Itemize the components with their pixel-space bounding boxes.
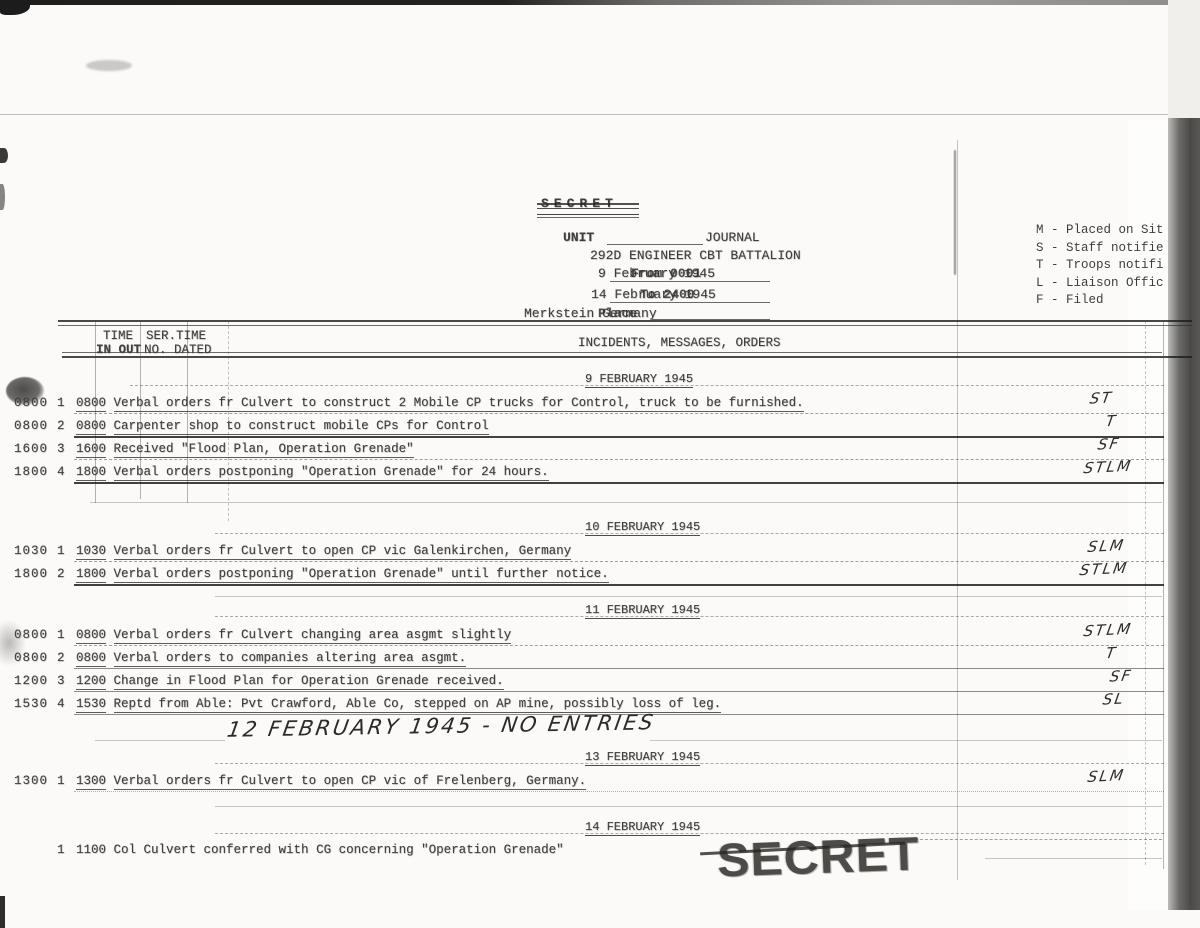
date-text: 11 FEBRUARY 1945	[585, 603, 700, 619]
journal-entry: 1030 1 1030 Verbal orders fr Culvert to …	[0, 544, 1200, 564]
entry-time: 0800	[76, 651, 106, 667]
underline	[537, 217, 639, 218]
entry-serial: 1	[57, 628, 65, 642]
table-rule-header2	[62, 356, 1192, 358]
entry-action-code: STLM	[1082, 457, 1133, 477]
entry-action-code: SLM	[1086, 536, 1126, 556]
entry-serial: 3	[57, 442, 65, 456]
entry-action-code: T	[1105, 644, 1119, 663]
col-no-dated: NO. DATED	[144, 343, 212, 357]
journal-entry: 0800 1 0800 Verbal orders fr Culvert cha…	[0, 628, 1200, 648]
journal-entry: 1800 2 1800 Verbal orders postponing "Op…	[0, 567, 1200, 587]
journal-entry: 1800 4 1800 Verbal orders postponing "Op…	[0, 465, 1200, 485]
rule-line	[74, 561, 1164, 562]
entry-time-in: 0800	[14, 396, 48, 410]
entry-time-in: 0800	[14, 651, 48, 665]
scan-margin-right-top	[1168, 0, 1200, 118]
date-header: 9 FEBRUARY 1945	[0, 372, 1200, 392]
journal-entry: 0800 1 0800 Verbal orders fr Culvert to …	[0, 396, 1200, 416]
legend-item: T - Troops notifi	[1036, 257, 1164, 275]
entry-time: 1100	[76, 843, 106, 857]
journal-entry: 1300 1 1300 Verbal orders fr Culvert to …	[0, 774, 1200, 794]
entry-time-in: 0800	[14, 628, 48, 642]
entry-text: Received "Flood Plan, Operation Grenade"	[114, 442, 414, 458]
unit-label: UNIT	[563, 230, 594, 245]
battalion-name: 292D ENGINEER CBT BATTALION	[590, 248, 801, 263]
entry-time: 0800	[76, 628, 106, 644]
entry-text: Verbal orders postponing "Operation Gren…	[114, 567, 609, 583]
entry-serial: 4	[57, 697, 65, 711]
legend-item: F - Filed	[1036, 292, 1164, 310]
entry-serial: 2	[57, 567, 65, 581]
entry-time-in: 1800	[14, 567, 48, 581]
entry-time-in: 1030	[14, 544, 48, 558]
rule-line	[74, 791, 1164, 792]
entry-serial: 2	[57, 419, 65, 433]
entry-time: 1800	[76, 465, 106, 481]
rule-line	[900, 839, 1162, 840]
rule-line	[74, 584, 1164, 586]
entry-action-code: T	[1105, 412, 1119, 431]
blank-rule	[215, 806, 1162, 807]
rule-line	[74, 459, 1164, 460]
date-header: 10 FEBRUARY 1945	[0, 520, 1200, 540]
rule-line	[74, 436, 1164, 438]
rule-line	[74, 413, 1164, 414]
entry-text: Carpenter shop to construct mobile CPs f…	[114, 419, 489, 435]
legend-item: S - Staff notifie	[1036, 240, 1164, 258]
entry-serial: 1	[57, 396, 65, 410]
journal-entry: 1 1100 Col Culvert conferred with CG con…	[0, 843, 1200, 863]
rule-line	[650, 740, 1162, 741]
blank-rule	[215, 596, 1162, 597]
date-header: 11 FEBRUARY 1945	[0, 603, 1200, 623]
left-edge-tear	[0, 184, 5, 210]
journal-entry: 0800 2 0800 Verbal orders to companies a…	[0, 651, 1200, 671]
rule-line	[74, 482, 1164, 484]
entry-text: Verbal orders to companies altering area…	[114, 651, 467, 667]
col-ser-time: SER.TIME	[146, 329, 206, 343]
entry-time-in: 1300	[14, 774, 48, 788]
legend-item: L - Liaison Offic	[1036, 275, 1164, 293]
entry-action-code: STLM	[1082, 620, 1133, 640]
entry-action-code: SF	[1108, 666, 1133, 685]
page-edge-line	[0, 114, 1200, 115]
table-rule-header	[62, 352, 1162, 353]
entry-action-code: ST	[1088, 388, 1114, 407]
entry-text: Verbal orders postponing "Operation Gren…	[114, 465, 549, 481]
rule-line	[95, 740, 225, 741]
rule-line	[74, 645, 1164, 646]
fold-crease-dark	[954, 150, 956, 275]
entry-time-in: 1600	[14, 442, 48, 456]
entry-time-in: 1800	[14, 465, 48, 479]
entry-text: Change in Flood Plan for Operation Grena…	[114, 674, 504, 690]
entry-text: Verbal orders fr Culvert to open CP vic …	[114, 774, 587, 790]
entry-serial: 1	[57, 544, 65, 558]
underline	[610, 302, 770, 303]
entry-time: 1800	[76, 567, 106, 583]
journal-entry: 1200 3 1200 Change in Flood Plan for Ope…	[0, 674, 1200, 694]
scan-smudge	[86, 60, 132, 71]
entry-time: 0800	[76, 419, 106, 435]
action-code-legend: M - Placed on Sit S - Staff notifie T - …	[1036, 222, 1164, 310]
entry-time: 1030	[76, 544, 106, 560]
entry-text: Verbal orders fr Culvert to open CP vic …	[114, 544, 572, 560]
date-text: 14 FEBRUARY 1945	[585, 820, 700, 836]
entry-serial: 3	[57, 674, 65, 688]
scan-edge-top	[0, 0, 1200, 5]
entry-text: Verbal orders fr Culvert to construct 2 …	[114, 396, 804, 412]
scanned-document-page: SECRET UNIT JOURNAL 292D ENGINEER CBT BA…	[0, 0, 1200, 928]
entry-text: Col Culvert conferred with CG concerning…	[114, 843, 564, 857]
entry-serial: 4	[57, 465, 65, 479]
entry-action-code: SLM	[1086, 766, 1126, 786]
entry-time: 1530	[76, 697, 106, 713]
from-overprint: From 0001	[631, 266, 701, 281]
col-in-out: IN OUT	[96, 343, 141, 357]
entry-time-in: 1200	[14, 674, 48, 688]
entry-time-in: 0800	[14, 419, 48, 433]
underline	[607, 244, 703, 245]
rule-line	[985, 858, 1162, 859]
journal-entry: 0800 2 0800 Carpenter shop to construct …	[0, 419, 1200, 439]
date-header: 14 FEBRUARY 1945	[0, 820, 1200, 840]
entry-time: 0800	[76, 396, 106, 412]
entry-serial: 1	[57, 843, 65, 857]
entry-action-code: SF	[1096, 434, 1121, 453]
strike-line	[537, 203, 639, 205]
date-text: 10 FEBRUARY 1945	[585, 520, 700, 536]
left-edge-tear	[0, 148, 8, 163]
date-text: 9 FEBRUARY 1945	[585, 372, 693, 388]
scan-edge-bottom-left	[0, 896, 5, 928]
underline	[610, 281, 770, 282]
rule-line	[74, 691, 1164, 692]
journal-entry: 1600 3 1600 Received "Flood Plan, Operat…	[0, 442, 1200, 462]
col-time: TIME	[103, 329, 133, 343]
underline	[537, 214, 639, 215]
journal-label: JOURNAL	[705, 230, 760, 245]
entry-action-code: SL	[1101, 689, 1126, 708]
entry-serial: 1	[57, 774, 65, 788]
entry-time: 1600	[76, 442, 106, 458]
date-header: 13 FEBRUARY 1945	[0, 750, 1200, 770]
entry-text: Verbal orders fr Culvert changing area a…	[114, 628, 512, 644]
entry-time: 1200	[76, 674, 106, 690]
strike-line	[537, 208, 639, 209]
entry-serial: 2	[57, 651, 65, 665]
entry-time-in: 1530	[14, 697, 48, 711]
entry-time: 1300	[76, 774, 106, 790]
col-incidents: INCIDENTS, MESSAGES, ORDERS	[578, 336, 781, 350]
rule-line	[74, 668, 1164, 669]
date-text: 13 FEBRUARY 1945	[585, 750, 700, 766]
legend-item: M - Placed on Sit	[1036, 222, 1164, 240]
blank-rule	[90, 502, 1162, 503]
to-overprint: To 2400	[640, 287, 695, 302]
scan-corner-mark	[0, 0, 30, 15]
secret-stamp: SECRET	[716, 825, 920, 887]
entry-action-code: STLM	[1078, 559, 1129, 579]
place-overprint: Place	[598, 306, 637, 321]
